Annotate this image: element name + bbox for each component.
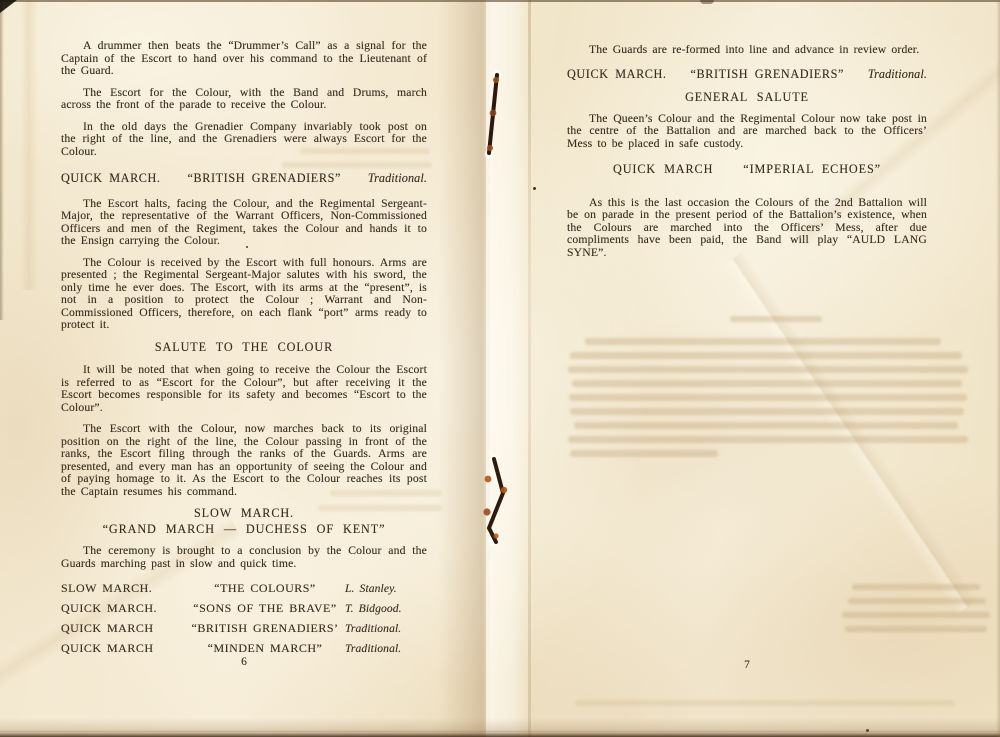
staple-bottom [476,446,516,554]
march-tune: “BRITISH GRENADIERS” [691,68,844,81]
paper-speck [533,187,536,190]
march-credit: Traditional. [345,643,427,656]
salute-to-the-colour-heading: SALUTE TO THE COLOUR [61,341,427,354]
march-credit: Traditional. [345,623,427,636]
spine-crease-line [528,0,531,737]
paragraph: In the old days the Grenadier Company in… [61,121,427,159]
march-type: QUICK MARCH [613,163,713,176]
top-edge-nick [700,0,714,4]
page-number-right: 7 [567,659,927,671]
march-type: SLOW MARCH. [61,582,185,595]
imperial-echoes-heading: QUICK MARCH “IMPERIAL ECHOES” [567,163,927,176]
paragraph: The Escort halts, facing the Colour, and… [61,198,427,248]
slow-march-heading: SLOW MARCH. [61,507,427,520]
paragraph: The Guards are re-formed into line and a… [567,44,927,57]
march-tune: “BRITISH GRENADIERS’ [185,622,345,635]
march-tune: “SONS OF THE BRAVE” [185,602,345,615]
paragraph: The Escort with the Colour, now marches … [61,423,427,498]
march-credit: T. Bidgood. [345,603,427,616]
page-right: The Guards are re-formed into line and a… [567,44,927,268]
right-scan-edge [996,0,1000,737]
top-left-corner-notch [0,0,17,13]
march-list-row: SLOW MARCH. “THE COLOURS” L. Stanley. [61,582,427,596]
march-credit: Traditional. [368,172,427,185]
grand-march-heading: “GRAND MARCH — DUCHESS OF KENT” [61,523,427,536]
march-type: QUICK MARCH. [567,68,667,81]
paragraph: It will be noted that when going to rece… [61,364,427,414]
staple-top [478,66,510,162]
march-credit: Traditional. [868,68,927,81]
paragraph: The Escort for the Colour, with the Band… [61,87,427,112]
march-list-row: QUICK MARCH “MINDEN MARCH” Traditional. [61,642,427,656]
paragraph: A drummer then beats the “Drummer’s Call… [61,40,427,78]
march-type: QUICK MARCH. [61,172,161,185]
march-list: SLOW MARCH. “THE COLOURS” L. Stanley. QU… [61,582,427,656]
march-type: QUICK MARCH. [61,602,185,615]
page-number-left: 6 [61,656,427,668]
paragraph: The Queen’s Colour and the Regimental Co… [567,113,927,151]
paragraph: The Colour is received by the Escort wit… [61,257,427,332]
quick-march-heading: QUICK MARCH. “BRITISH GRENADIERS” Tradit… [61,172,427,185]
march-tune: “THE COLOURS” [185,582,345,595]
march-credit: L. Stanley. [345,583,427,596]
scanned-booklet-spread: A drummer then beats the “Drummer’s Call… [0,0,1000,737]
paragraph: The ceremony is brought to a conclusion … [61,545,427,570]
march-type: QUICK MARCH [61,622,185,635]
page-left: A drummer then beats the “Drummer’s Call… [61,40,427,662]
march-tune: “IMPERIAL ECHOES” [743,163,881,176]
march-type: QUICK MARCH [61,642,185,655]
march-tune: “MINDEN MARCH” [185,642,345,655]
top-scan-edge [0,0,1000,2]
march-tune: “BRITISH GRENADIERS” [188,172,341,185]
quick-march-heading: QUICK MARCH. “BRITISH GRENADIERS” Tradit… [567,68,927,81]
march-list-row: QUICK MARCH “BRITISH GRENADIERS’ Traditi… [61,622,427,636]
left-scan-edge [0,0,4,320]
general-salute-heading: GENERAL SALUTE [567,91,927,104]
march-list-row: QUICK MARCH. “SONS OF THE BRAVE” T. Bidg… [61,602,427,616]
bottom-scan-edge [0,730,1000,737]
paragraph: As this is the last occasion the Colours… [567,197,927,260]
